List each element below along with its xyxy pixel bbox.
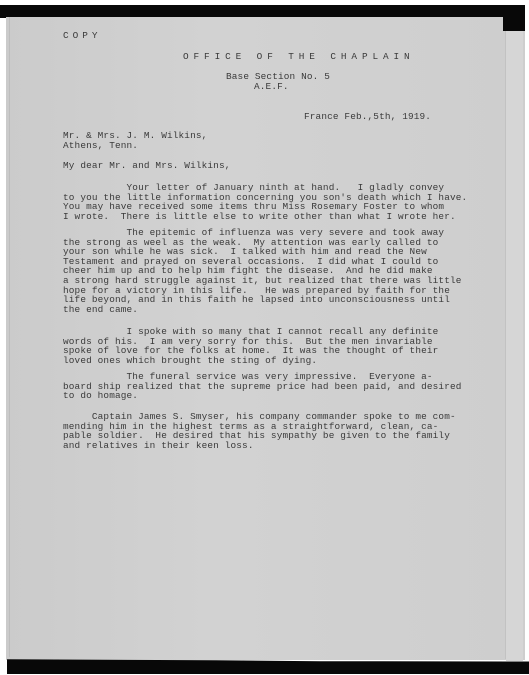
paragraph-line: loved ones which brought the sting of dy… — [63, 356, 503, 366]
paragraph-last-words: I spoke with so many that I cannot recal… — [63, 327, 503, 365]
scan-border-bottom — [7, 658, 529, 674]
letterhead-office: OFFICE OF THE CHAPLAIN — [183, 52, 415, 62]
recipient-location: Athens, Tenn. — [63, 141, 138, 151]
paragraph-funeral: The funeral service was very impressive.… — [63, 372, 503, 401]
page-right-margin-strip — [506, 31, 523, 661]
letterhead-unit: A.E.F. — [254, 82, 289, 92]
paragraph-influenza: The epitemic of influenza was very sever… — [63, 228, 503, 314]
salutation: My dear Mr. and Mrs. Wilkins, — [63, 161, 231, 171]
paragraph-line: I wrote. There is little else to write o… — [63, 212, 503, 222]
scanned-document-frame: COPY OFFICE OF THE CHAPLAIN Base Section… — [0, 0, 529, 675]
dateline: France Feb.,5th, 1919. — [304, 112, 431, 122]
page-left-edge — [9, 17, 10, 657]
paragraph-line: to do homage. — [63, 391, 503, 401]
scan-border-top-right — [503, 5, 525, 31]
paragraph-line: and relatives in their keen loss. — [63, 441, 503, 451]
paragraph-letter-received: Your letter of January ninth at hand. I … — [63, 183, 503, 221]
copy-mark: COPY — [63, 31, 102, 41]
paragraph-line: the end came. — [63, 305, 503, 315]
paragraph-captain: Captain James S. Smyser, his company com… — [63, 412, 503, 450]
page-right-edge — [505, 31, 506, 659]
